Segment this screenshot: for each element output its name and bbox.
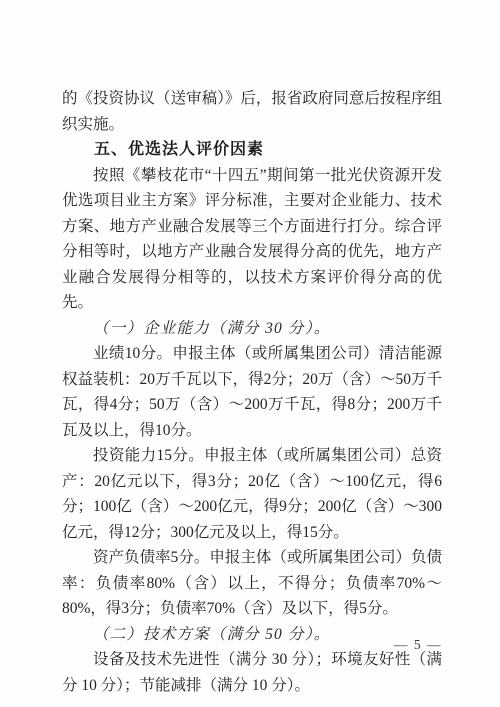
- document-body: 的《投资协议（送审稿）》后，报省政府同意后按程序组织实施。 五、优选法人评价因素…: [62, 86, 442, 698]
- paragraph-debt-ratio-score: 资产负债率5分。申报主体（或所属集团公司）负债率：负债率80%（含）以上，不得分…: [62, 545, 442, 622]
- paragraph-investment-capability-score: 投资能力15分。申报主体（或所属集团公司）总资产：20亿元以下，得3分；20亿（…: [62, 443, 442, 545]
- paragraph-scoring-overview: 按照《攀枝花市“十四五”期间第一批光伏资源开发优选项目业主方案》评分标准，主要对…: [62, 163, 442, 316]
- paragraph-technical-criteria: 设备及技术先进性（满分 30 分）；环境友好性（满分 10 分）；节能减排（满分…: [62, 647, 442, 698]
- subsection-heading-enterprise-capability: （一）企业能力（满分 30 分）。: [62, 316, 442, 342]
- document-page: 的《投资协议（送审稿）》后，报省政府同意后按程序组织实施。 五、优选法人评价因素…: [0, 0, 500, 707]
- page-number: — 5 —: [394, 637, 442, 653]
- paragraph-investment-agreement-continuation: 的《投资协议（送审稿）》后，报省政府同意后按程序组织实施。: [62, 86, 442, 137]
- section-heading-evaluation-factors: 五、优选法人评价因素: [62, 137, 442, 163]
- subsection-heading-technical-plan: （二）技术方案（满分 50 分）。: [62, 622, 442, 648]
- paragraph-performance-score: 业绩10分。申报主体（或所属集团公司）清洁能源权益装机：20万千瓦以下，得2分；…: [62, 341, 442, 443]
